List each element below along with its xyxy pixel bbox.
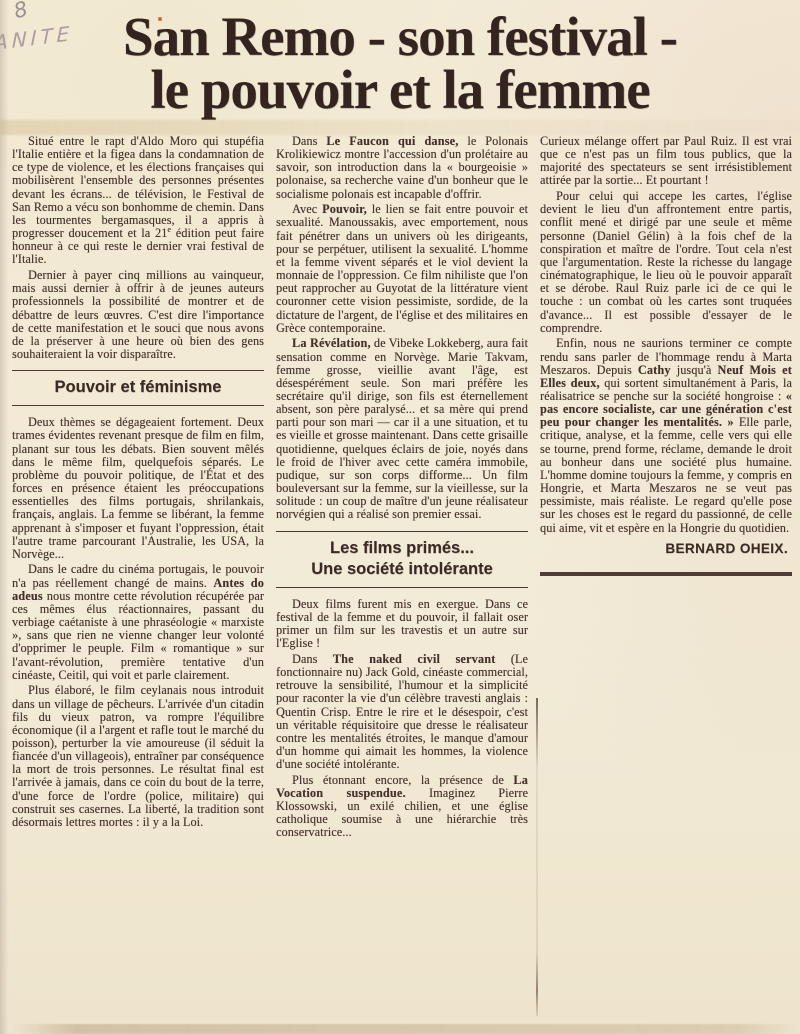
article-paragraph: La Révélation, de Vibeke Lokkeberg, aura… (276, 337, 528, 521)
article-column-2: Dans Le Faucon qui danse, le Polonais Kr… (276, 135, 528, 842)
headline: San Remo - son festival -le pouvoir et l… (0, 0, 800, 116)
article-paragraph: Enfin, nous ne saurions terminer ce comp… (540, 337, 792, 534)
paper-streak-artifact (12, 1024, 800, 1034)
article-paragraph: Plus élaboré, le film ceylanais nous int… (12, 684, 264, 829)
newspaper-scan: { "colors": { "paper": "#f2ebd7", "ink":… (0, 0, 800, 1034)
article-paragraph: Plus étonnant encore, la présence de La … (276, 774, 528, 840)
article-column-3: Curieux mélange offert par Paul Ruiz. Il… (540, 135, 792, 842)
article-body: Situé entre le rapt d'Aldo Moro qui stup… (0, 135, 800, 842)
article-paragraph: Avec Pouvoir, le lien se fait entre pouv… (276, 203, 528, 335)
byline: BERNARD OHEIX. (540, 541, 788, 556)
article-paragraph: Deux thèmes se dégageaient fortement. De… (12, 416, 264, 561)
section-header: Les films primés...Une société intoléran… (276, 531, 528, 588)
article-paragraph: Dans le cadre du cinéma portugais, le po… (12, 563, 264, 681)
headline-line-2: le pouvoir et la femme (150, 59, 649, 120)
headline-line-1: San Remo - son festival - (123, 6, 677, 67)
article-paragraph: Dernier à payer cinq millions au vainque… (12, 269, 264, 361)
article-paragraph: Dans The naked civil servant (Le fonctio… (276, 653, 528, 771)
article-paragraph: Deux films furent mis en exergue. Dans c… (276, 598, 528, 651)
article-paragraph: Curieux mélange offert par Paul Ruiz. Il… (540, 135, 792, 188)
paper-streak-artifact (0, 120, 800, 135)
ink-speck-artifact (158, 17, 162, 21)
section-header: Pouvoir et féminisme (12, 370, 264, 406)
article-column-1: Situé entre le rapt d'Aldo Moro qui stup… (12, 135, 264, 842)
article-paragraph: Pour celui qui accepe les cartes, l'égli… (540, 190, 792, 335)
article-paragraph: Situé entre le rapt d'Aldo Moro qui stup… (12, 135, 264, 267)
article-paragraph: Dans Le Faucon qui danse, le Polonais Kr… (276, 135, 528, 201)
end-rule (540, 572, 792, 576)
